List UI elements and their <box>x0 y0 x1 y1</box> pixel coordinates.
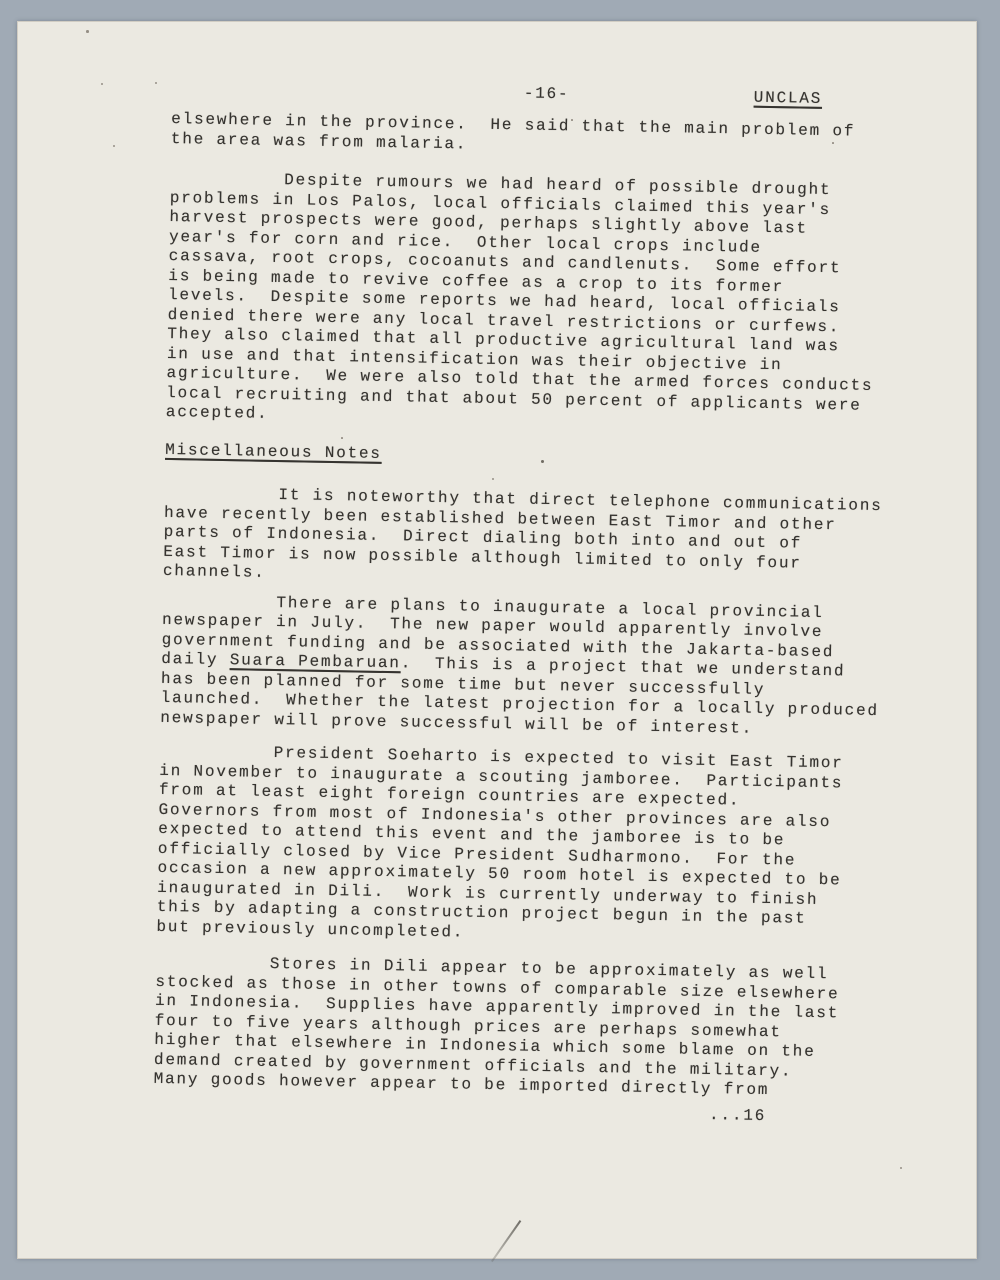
dust-speck <box>101 83 103 85</box>
scanned-paper-page: -16- UNCLAS elsewhere in the province. H… <box>17 21 977 1259</box>
text-before-title: daily <box>161 650 230 669</box>
dust-speck <box>86 30 89 33</box>
paragraph-telephone: It is noteworthy that direct telephone c… <box>163 484 910 595</box>
paragraph-newspaper: There are plans to inaugurate a local pr… <box>160 591 907 741</box>
dust-speck <box>900 1167 902 1169</box>
paragraph-stores: Stores in Dili appear to be approximatel… <box>153 953 900 1103</box>
newspaper-title-underlined: Suara Pembaruan <box>230 651 401 672</box>
page-number: -16- <box>524 84 570 104</box>
paragraph-soeharto-visit: President Soeharto is expected to visit … <box>156 742 904 951</box>
dust-speck <box>113 145 115 147</box>
paragraph-agriculture: Despite rumours we had heard of possible… <box>166 169 916 436</box>
classification-marking: UNCLAS <box>754 89 823 110</box>
continuation-page-marker: ...16 <box>709 1106 766 1125</box>
typewritten-text-block: -16- UNCLAS elsewhere in the province. H… <box>153 78 917 1128</box>
paragraph-malaria: elsewhere in the province. He said that … <box>171 110 917 163</box>
dust-speck <box>155 82 157 84</box>
pencil-slash-mark <box>491 1220 521 1262</box>
page-header: -16- UNCLAS <box>172 78 917 112</box>
section-heading-miscellaneous-notes: Miscellaneous Notes <box>165 440 382 463</box>
